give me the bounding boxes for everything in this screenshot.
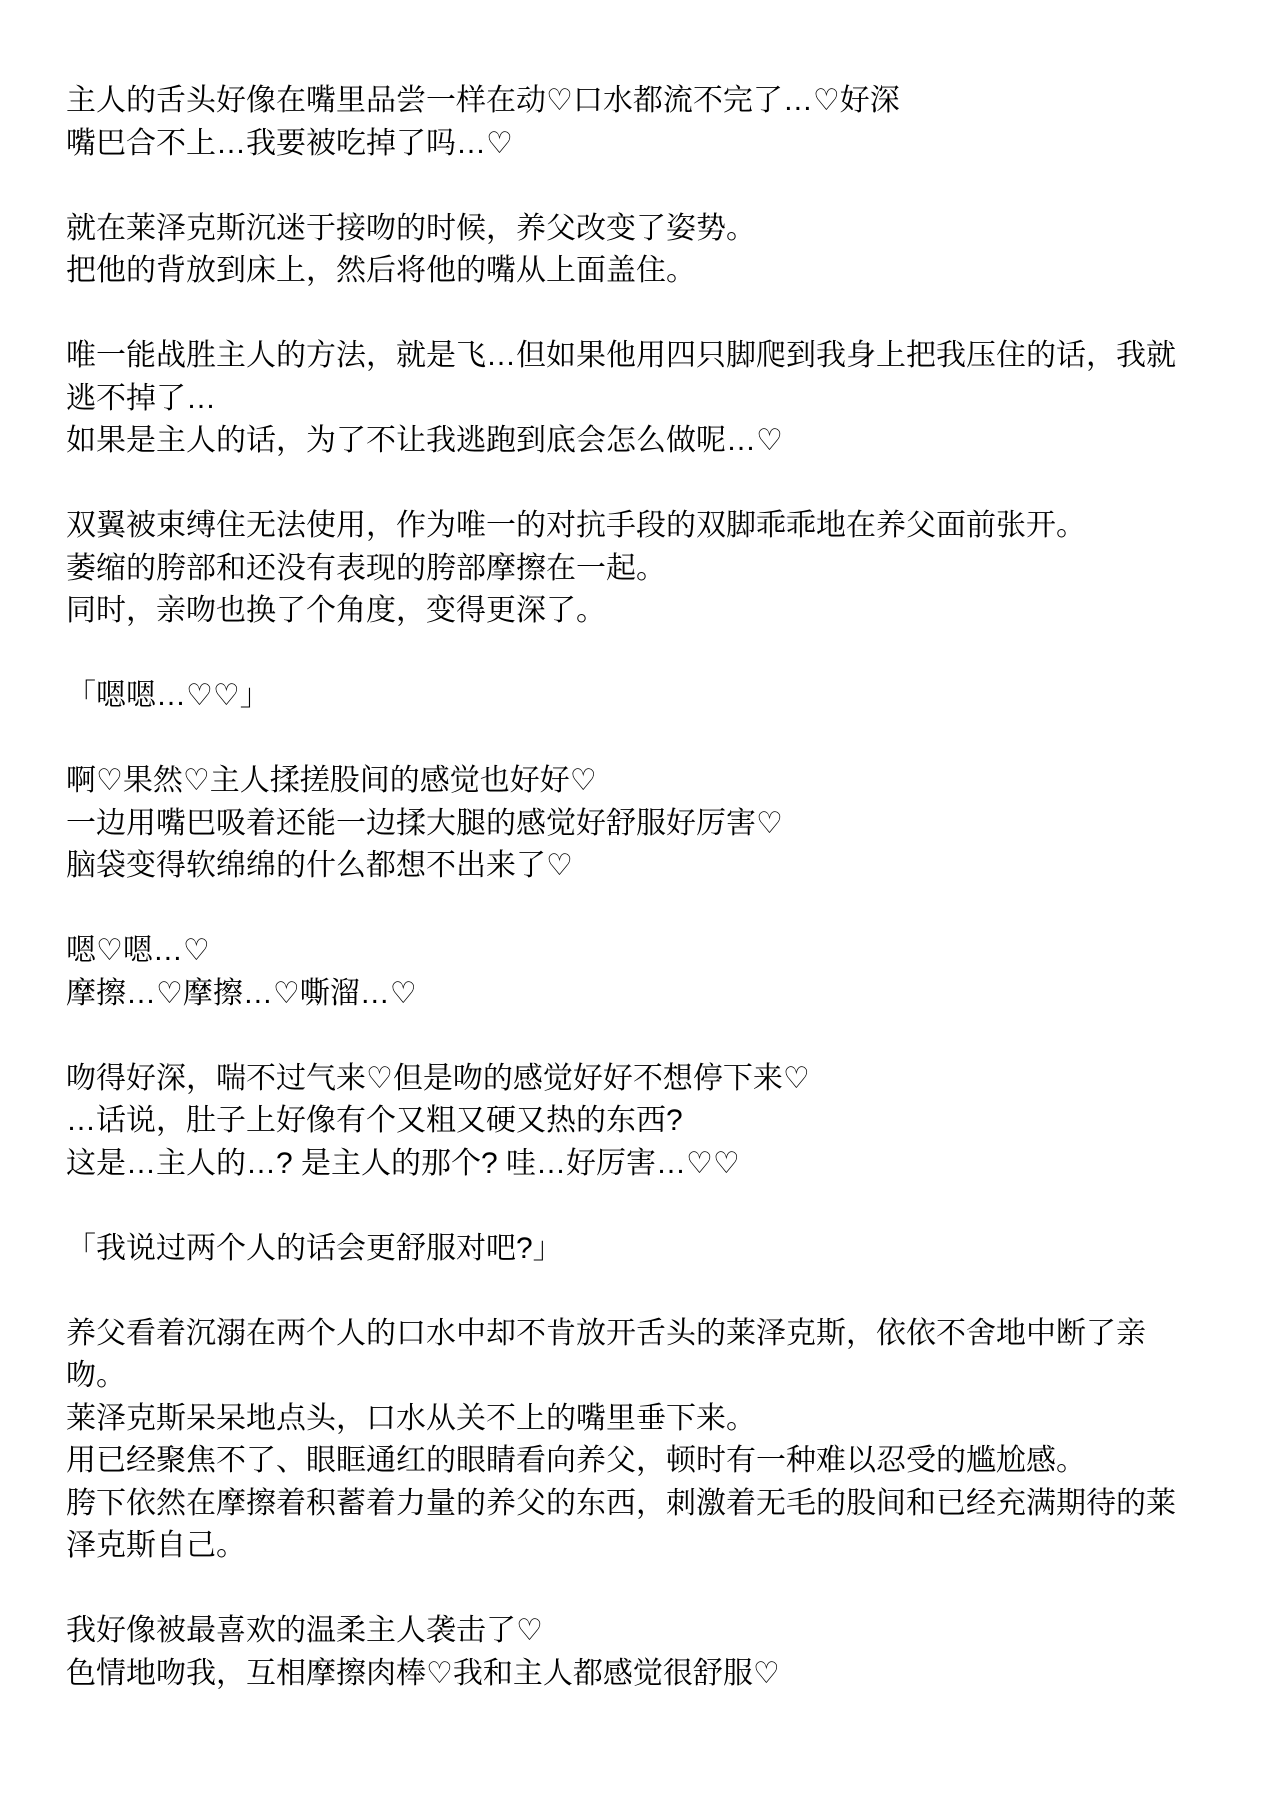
- paragraph: 就在莱泽克斯沉迷于接吻的时候，养父改变了姿势。 把他的背放到床上，然后将他的嘴从…: [66, 208, 1252, 293]
- paragraph: 我好像被最喜欢的温柔主人袭击了♡ 色情地吻我，互相摩擦肉棒♡我和主人都感觉很舒服…: [66, 1610, 1252, 1695]
- paragraph: 养父看着沉溺在两个人的口水中却不肯放开舌头的莱泽克斯，依依不舍地中断了亲 吻。 …: [66, 1313, 1252, 1568]
- paragraph: 啊♡果然♡主人揉搓股间的感觉也好好♡ 一边用嘴巴吸着还能一边揉大腿的感觉好舒服好…: [66, 760, 1252, 888]
- paragraph: 双翼被束缚住无法使用，作为唯一的对抗手段的双脚乖乖地在养父面前张开。 萎缩的胯部…: [66, 505, 1252, 633]
- paragraph: 主人的舌头好像在嘴里品尝一样在动♡口水都流不完了…♡好深 嘴巴合不上…我要被吃掉…: [66, 80, 1252, 165]
- paragraph: 唯一能战胜主人的方法，就是飞…但如果他用四只脚爬到我身上把我压住的话，我就 逃不…: [66, 335, 1252, 463]
- paragraph: 嗯♡嗯…♡ 摩擦…♡摩擦…♡嘶溜…♡: [66, 930, 1252, 1015]
- dialogue-line: 「我说过两个人的话会更舒服对吧?」: [66, 1228, 1252, 1271]
- paragraph: 吻得好深，喘不过气来♡但是吻的感觉好好不想停下来♡ …话说，肚子上好像有个又粗又…: [66, 1058, 1252, 1186]
- novel-text-page: 主人的舌头好像在嘴里品尝一样在动♡口水都流不完了…♡好深 嘴巴合不上…我要被吃掉…: [0, 0, 1280, 1810]
- dialogue-line: 「嗯嗯…♡♡」: [66, 675, 1252, 718]
